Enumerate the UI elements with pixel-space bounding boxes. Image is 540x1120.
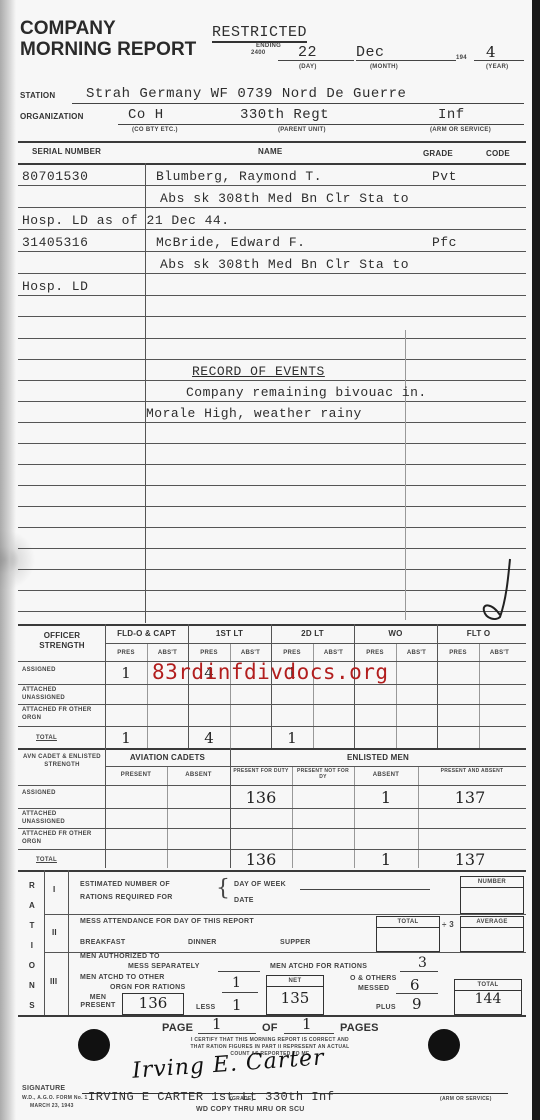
organization-rule xyxy=(118,124,524,125)
rule xyxy=(18,443,526,444)
breakfast-label: BREAKFAST xyxy=(80,939,125,946)
organization-company: Co H xyxy=(128,107,164,123)
section-i-label-1: ESTIMATED NUMBER OF xyxy=(80,881,170,888)
rule xyxy=(18,163,526,165)
entry-1-name: Blumberg, Raymond T. xyxy=(156,169,322,184)
row-label-attached-fr-other-orgn: ATTACHED FR OTHER ORGN xyxy=(22,830,100,846)
rule xyxy=(18,207,526,208)
rule xyxy=(105,643,526,644)
net-value: 135 xyxy=(267,987,323,1007)
side-letter: T xyxy=(22,916,42,936)
punch-hole-left-icon xyxy=(78,1029,110,1061)
year-prefix: 194 xyxy=(456,55,467,61)
organization-arm: Inf xyxy=(438,107,465,123)
date-label: DATE xyxy=(234,897,254,904)
section-ii-label: MESS ATTENDANCE FOR DAY OF THIS REPORT xyxy=(80,918,254,925)
officer-total-fldo-pres: 1 xyxy=(105,729,147,747)
rule xyxy=(18,422,526,423)
subheader: PRESENT FOR DUTY xyxy=(232,768,290,774)
form-id-line-2: MARCH 23, 1943 xyxy=(30,1103,74,1109)
row-label-attached-unassigned: ATTACHED UNASSIGNED xyxy=(22,686,100,702)
rule xyxy=(18,141,526,143)
less-value: 1 xyxy=(232,996,242,1014)
signer-typed-name: IRVING E CARTER 1st Lt 330th Inf xyxy=(88,1090,334,1104)
row-label-assigned: ASSIGNED xyxy=(22,667,56,673)
col-divider xyxy=(167,766,168,868)
rule xyxy=(18,828,526,829)
group-1st-lt: 1ST LT xyxy=(188,629,271,638)
officer-total-2dlt-pres: 1 xyxy=(271,729,313,747)
rule xyxy=(18,316,526,317)
atchd-other-value: 1 xyxy=(232,975,241,991)
rule xyxy=(18,785,526,786)
rule xyxy=(18,359,526,360)
sub-divider xyxy=(396,644,397,748)
title-line-1: COMPANY xyxy=(20,18,196,39)
row-label-assigned: ASSIGNED xyxy=(22,790,56,796)
plus-label: PLUS xyxy=(376,1004,396,1011)
rations-numeral-divider xyxy=(68,870,69,1015)
rule xyxy=(18,624,526,626)
subheader: ABS'T xyxy=(479,650,520,656)
atchd-rations-label: MEN ATCHD FOR RATIONS xyxy=(270,963,367,970)
rule xyxy=(18,748,526,750)
subheader: PRESENT AND ABSENT xyxy=(420,768,524,774)
subheader: PRES xyxy=(437,650,479,656)
organization-regiment: 330th Regt xyxy=(240,107,329,123)
subheader: PRESENT xyxy=(105,772,167,778)
group-fld-o-capt: FLD-O & CAPT xyxy=(105,629,188,638)
rule xyxy=(18,295,526,296)
row-label-attached-fr-other-orgn: ATTACHED FR OTHER ORGN xyxy=(22,706,100,722)
men-present-label: MEN PRESENT xyxy=(76,994,120,1010)
grade-caption: (GRADE) xyxy=(230,1096,254,1102)
section-i-label-2: RATIONS REQUIRED FOR xyxy=(80,894,173,901)
less-label: LESS xyxy=(196,1004,215,1011)
section-ii-numeral: II xyxy=(52,928,57,937)
total-label: TOTAL xyxy=(455,980,521,991)
mess-separately-field[interactable] xyxy=(218,971,260,972)
title-line-2: MORNING REPORT xyxy=(20,39,196,60)
scan-shadow-left xyxy=(0,0,16,1120)
col-header-grade: GRADE xyxy=(423,149,453,158)
caption-company: (CO BTY ETC.) xyxy=(132,127,178,133)
hour-label: 2400 xyxy=(251,50,266,56)
enlisted-total-present-for-duty: 136 xyxy=(230,850,292,869)
pages-label: PAGES xyxy=(340,1022,379,1034)
others-label-2: MESSED xyxy=(358,985,389,992)
rule xyxy=(18,185,526,186)
atchd-other-rule xyxy=(222,992,258,993)
divide-by-three: ÷ 3 xyxy=(440,920,456,930)
atchd-other-label-2: ORGN FOR RATIONS xyxy=(110,984,185,991)
arm-caption: (ARM OR SERVICE) xyxy=(440,1096,492,1102)
sub-divider xyxy=(147,644,148,748)
officer-strength-title: OFFICER STRENGTH xyxy=(22,631,102,651)
rule xyxy=(18,273,526,274)
col-header-code: CODE xyxy=(486,149,510,158)
scan-edge-right xyxy=(532,0,540,1120)
enlisted-assigned-present-and-absent: 137 xyxy=(418,788,522,807)
side-letter: A xyxy=(22,896,42,916)
side-letter: N xyxy=(22,976,42,996)
record-of-events-line-1: Company remaining bivouac in. xyxy=(186,385,427,400)
col-header-serial: SERIAL NUMBER xyxy=(32,147,101,156)
station-value: Strah Germany WF 0739 Nord De Guerre xyxy=(86,86,406,102)
entry-1-serial: 80701530 xyxy=(22,169,88,184)
report-day: 22 xyxy=(298,44,317,61)
organization-label: ORGANIZATION xyxy=(20,112,84,121)
day-caption: (DAY) xyxy=(299,64,317,70)
col-header-name: NAME xyxy=(258,147,282,156)
group-wo: WO xyxy=(354,629,437,638)
of-label: OF xyxy=(262,1022,278,1034)
record-of-events-title: RECORD OF EVENTS xyxy=(192,364,325,379)
rule xyxy=(18,506,526,507)
copy-note: WD COPY THRU MRU OR SCU xyxy=(196,1106,305,1113)
row-label-total: TOTAL xyxy=(36,735,57,741)
subheader: ABS'T xyxy=(230,650,271,656)
authorized-label-1: MEN AUTHORIZED TO xyxy=(80,953,160,960)
grade-divider xyxy=(405,330,406,620)
day-of-week-field[interactable] xyxy=(300,889,430,890)
others-label-1: O & OTHERS xyxy=(350,975,397,982)
rule xyxy=(18,611,526,612)
group-flt-o: FLT O xyxy=(437,629,520,638)
page-rule xyxy=(198,1033,256,1034)
others-value: 6 xyxy=(410,976,420,994)
rule xyxy=(44,914,526,915)
entry-2-remark-2: Hosp. LD xyxy=(22,279,88,294)
signature-label: SIGNATURE xyxy=(22,1085,65,1092)
page-label: PAGE xyxy=(162,1022,193,1034)
sub-divider xyxy=(479,644,480,748)
rule xyxy=(18,1015,526,1017)
mess-total-label: TOTAL xyxy=(377,917,439,928)
authorized-label-2: MESS SEPARATELY xyxy=(128,963,200,970)
officer-assigned-fldo-pres: 1 xyxy=(105,664,147,682)
record-of-events-line-2: Morale High, weather rainy xyxy=(146,406,362,421)
form-id-line-1: W.D., A.G.O. FORM No. 1 xyxy=(22,1095,88,1101)
form-title: COMPANY MORNING REPORT xyxy=(20,18,196,60)
rule xyxy=(18,726,526,727)
enlisted-total-absent: 1 xyxy=(354,850,418,869)
entry-1-remark-2: Hosp. LD as of 21 Dec 44. xyxy=(22,213,230,228)
year-caption: (YEAR) xyxy=(486,64,508,70)
supper-label: SUPPER xyxy=(280,939,311,946)
col-divider xyxy=(292,766,293,868)
entry-2-remark-1: Abs sk 308th Med Bn Clr Sta to xyxy=(160,257,409,272)
side-letter: S xyxy=(22,996,42,1016)
mess-total-box[interactable]: TOTAL xyxy=(376,916,440,952)
enlisted-assigned-present-for-duty: 136 xyxy=(230,788,292,807)
plus-value: 9 xyxy=(412,995,422,1013)
watermark: 83rdinfdivdocs.org xyxy=(152,660,389,684)
certify-line-1: I CERTIFY THAT THIS MORNING REPORT IS CO… xyxy=(140,1037,400,1044)
rule xyxy=(18,485,526,486)
section-iii-numeral: III xyxy=(50,977,57,986)
rule xyxy=(18,684,526,685)
men-present-value: 136 xyxy=(123,994,183,1012)
station-label: STATION xyxy=(20,91,55,100)
side-letter: I xyxy=(22,936,42,956)
serial-name-divider xyxy=(145,163,146,623)
caption-arm: (ARM OR SERVICE) xyxy=(430,127,491,133)
rations-side-label: R A T I O N S xyxy=(22,876,42,1016)
rule xyxy=(18,808,526,809)
punch-hole-right-icon xyxy=(428,1029,460,1061)
subheader: ABS'T xyxy=(396,650,437,656)
entry-1-remark-1: Abs sk 308th Med Bn Clr Sta to xyxy=(160,191,409,206)
subheader: ABSENT xyxy=(167,772,230,778)
month-caption: (MONTH) xyxy=(370,64,398,70)
rule xyxy=(18,569,526,570)
atchd-other-label-1: MEN ATCHD TO OTHER xyxy=(80,974,165,981)
pen-mark-icon xyxy=(478,555,518,625)
rule xyxy=(18,338,526,339)
subheader: ABS'T xyxy=(313,650,354,656)
rule xyxy=(18,527,526,528)
enlisted-strength-title: AVN CADET & ENLISTED STRENGTH xyxy=(22,753,102,769)
station-rule xyxy=(72,103,524,104)
brace-icon: { xyxy=(216,876,230,901)
number-label: NUMBER xyxy=(461,877,523,888)
day-of-week-label: DAY OF WEEK xyxy=(234,881,286,888)
rule xyxy=(18,229,526,230)
year-rule xyxy=(474,60,524,61)
atchd-rations-rule xyxy=(400,971,438,972)
enlisted-assigned-absent: 1 xyxy=(354,788,418,807)
enlisted-total-present-and-absent: 137 xyxy=(418,850,522,869)
morning-report-page: COMPANY MORNING REPORT RESTRICTED ENDING… xyxy=(0,0,540,1120)
rule xyxy=(18,590,526,591)
number-box[interactable]: NUMBER xyxy=(460,876,524,914)
rule xyxy=(18,704,526,705)
ending-label: ENDING xyxy=(256,43,281,49)
row-label-total: TOTAL xyxy=(36,857,57,863)
net-label: NET xyxy=(267,976,323,987)
rule xyxy=(18,401,526,402)
subheader: PRESENT NOT FOR DY xyxy=(294,768,352,780)
report-year: 4 xyxy=(486,43,496,61)
men-present-box[interactable]: 136 xyxy=(122,993,184,1015)
entry-2-grade: Pfc xyxy=(432,235,457,250)
pages-value: 1 xyxy=(302,1015,312,1033)
pages-rule xyxy=(284,1033,334,1034)
caption-parent: (PARENT UNIT) xyxy=(278,127,326,133)
entry-2-serial: 31405316 xyxy=(22,235,88,250)
side-letter: R xyxy=(22,876,42,896)
average-label: AVERAGE xyxy=(461,917,523,928)
rule xyxy=(18,464,526,465)
average-box[interactable]: AVERAGE xyxy=(460,916,524,952)
subheader: PRES xyxy=(271,650,313,656)
page-value: 1 xyxy=(212,1015,222,1033)
total-box[interactable]: TOTAL 144 xyxy=(454,979,522,1015)
subheader: ABSENT xyxy=(354,772,418,778)
side-letter: O xyxy=(22,956,42,976)
group-enlisted-men: ENLISTED MEN xyxy=(230,753,526,762)
section-i-numeral: I xyxy=(53,885,55,894)
group-aviation-cadets: AVIATION CADETS xyxy=(105,753,230,762)
rule xyxy=(105,766,526,767)
report-month: Dec xyxy=(356,44,385,61)
group-2d-lt: 2D LT xyxy=(271,629,354,638)
rule xyxy=(18,380,526,381)
classification-stamp: RESTRICTED xyxy=(212,24,307,43)
rations-side-divider xyxy=(44,870,45,1015)
officer-total-1stlt-pres: 4 xyxy=(188,729,230,747)
subheader: PRES xyxy=(105,650,147,656)
entry-2-name: McBride, Edward F. xyxy=(156,235,305,250)
rule xyxy=(18,870,526,872)
row-label-attached-unassigned: ATTACHED UNASSIGNED xyxy=(22,810,100,826)
subheader: PRES xyxy=(354,650,396,656)
subheader: PRES xyxy=(188,650,230,656)
total-value: 144 xyxy=(455,991,521,1007)
atchd-rations-value: 3 xyxy=(418,955,427,971)
subheader: ABS'T xyxy=(147,650,188,656)
net-box[interactable]: NET 135 xyxy=(266,975,324,1015)
entry-1-grade: Pvt xyxy=(432,169,457,184)
dinner-label: DINNER xyxy=(188,939,217,946)
rule xyxy=(18,251,526,252)
rule xyxy=(18,548,526,549)
